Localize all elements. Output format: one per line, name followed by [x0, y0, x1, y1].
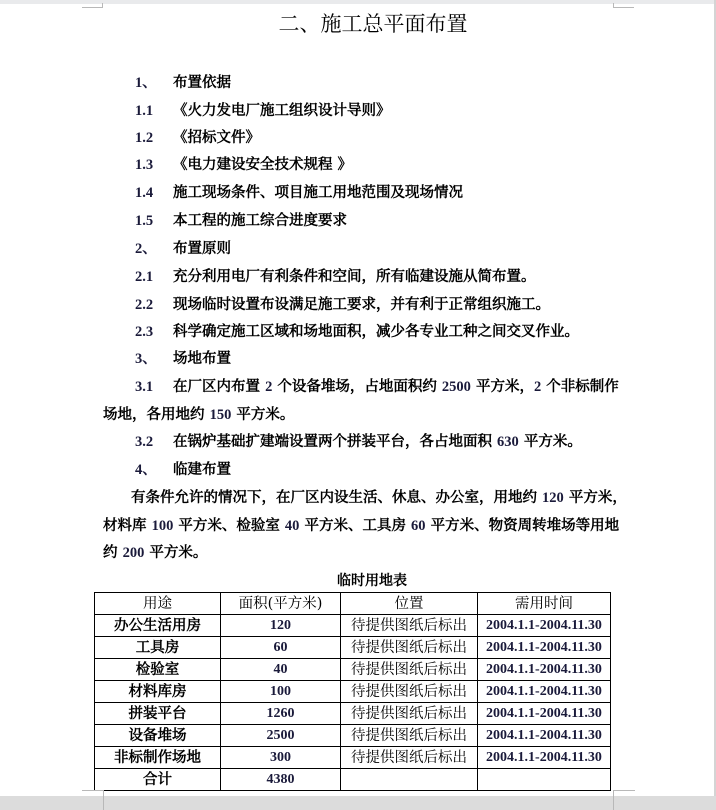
text-run: 平方米、物资周转堆场等用地 [426, 517, 620, 534]
cell-period: 2004.1.1-2004.11.30 [478, 615, 611, 637]
section-number: 1.1 [135, 101, 173, 121]
text-run: 平方米， [564, 489, 627, 506]
text-run: 平方米， [471, 378, 534, 395]
section-text: 施工现场条件、项目施工用地范围及现场情况 [173, 184, 463, 201]
number-value: 2500 [442, 379, 471, 395]
table-caption: 临时用地表 [94, 570, 610, 590]
section-number: 1.5 [135, 211, 173, 231]
list-item-2-3: 2.3科学确定施工区域和场地面积，减少各专业工种之间交叉作业。 [135, 322, 579, 342]
text-run: 平方米。 [231, 406, 294, 423]
section-1-heading: 1、布置依据 [135, 73, 231, 93]
number-value: 630 [497, 434, 519, 450]
section-2-heading: 2、布置原则 [135, 239, 231, 259]
page-gap-strip [0, 796, 716, 810]
header-location: 位置 [341, 593, 478, 615]
header-purpose: 用途 [95, 593, 221, 615]
cell-location: 待提供图纸后标出 [341, 659, 478, 681]
list-item-2-1: 2.1充分利用电厂有利条件和空间，所有临建设施从简布置。 [135, 267, 536, 287]
section-text: 科学确定施工区域和场地面积，减少各专业工种之间交叉作业。 [173, 323, 579, 340]
section-text: 《招标文件》 [173, 129, 260, 146]
cell-empty [341, 769, 478, 791]
section-text: 充分利用电厂有利条件和空间，所有临建设施从简布置。 [173, 268, 536, 285]
paragraph-4-line-3: 约 200 平方米。 [103, 543, 207, 563]
table-total-row: 合计 4380 [95, 769, 611, 791]
paragraph-4-line-1: 有条件允许的情况下，在厂区内设生活、休息、办公室，用地约 120 平方米， [131, 488, 627, 508]
cell-period: 2004.1.1-2004.11.30 [478, 747, 611, 769]
list-item-1-4: 1.4施工现场条件、项目施工用地范围及现场情况 [135, 183, 463, 203]
cell-purpose: 材料库房 [95, 681, 221, 703]
section-number: 1.4 [135, 183, 173, 203]
cell-total-area: 4380 [221, 769, 341, 791]
land-use-table: 用途 面积(平方米) 位置 需用时间 办公生活用房 120 待提供图纸后标出 2… [94, 592, 611, 791]
section-text: 布置原则 [173, 240, 231, 257]
cell-purpose: 工具房 [95, 637, 221, 659]
cell-location: 待提供图纸后标出 [341, 615, 478, 637]
cell-area: 40 [221, 659, 341, 681]
cell-area: 120 [221, 615, 341, 637]
section-number: 3、 [135, 349, 173, 369]
cell-period: 2004.1.1-2004.11.30 [478, 703, 611, 725]
margin-mark-bottom-left [82, 790, 104, 810]
section-number: 2.3 [135, 322, 173, 342]
paragraph-3-1-line-2: 场地，各用地约 150 平方米。 [103, 405, 294, 425]
page-title: 二、施工总平面布置 [0, 8, 716, 38]
table-row: 办公生活用房 120 待提供图纸后标出 2004.1.1-2004.11.30 [95, 615, 611, 637]
cell-location: 待提供图纸后标出 [341, 747, 478, 769]
table-header-row: 用途 面积(平方米) 位置 需用时间 [95, 593, 611, 615]
section-number: 2.2 [135, 295, 173, 315]
section-number: 3.1 [135, 377, 173, 397]
margin-mark-bottom-right [613, 790, 635, 810]
section-number: 1.2 [135, 128, 173, 148]
cell-area: 60 [221, 637, 341, 659]
section-3-heading: 3、场地布置 [135, 349, 231, 369]
table-row: 材料库房 100 待提供图纸后标出 2004.1.1-2004.11.30 [95, 681, 611, 703]
table-row: 设备堆场 2500 待提供图纸后标出 2004.1.1-2004.11.30 [95, 725, 611, 747]
cell-location: 待提供图纸后标出 [341, 637, 478, 659]
table-row: 工具房 60 待提供图纸后标出 2004.1.1-2004.11.30 [95, 637, 611, 659]
cell-location: 待提供图纸后标出 [341, 725, 478, 747]
section-text: 《火力发电厂施工组织设计导则》 [173, 102, 391, 119]
section-number: 4、 [135, 460, 173, 480]
cell-purpose: 非标制作场地 [95, 747, 221, 769]
cell-location: 待提供图纸后标出 [341, 703, 478, 725]
list-item-1-1: 1.1《火力发电厂施工组织设计导则》 [135, 101, 391, 121]
cell-purpose: 设备堆场 [95, 725, 221, 747]
cell-period: 2004.1.1-2004.11.30 [478, 725, 611, 747]
list-item-1-5: 1.5本工程的施工综合进度要求 [135, 211, 347, 231]
table-row: 非标制作场地 300 待提供图纸后标出 2004.1.1-2004.11.30 [95, 747, 611, 769]
cell-purpose: 拼装平台 [95, 703, 221, 725]
section-text: 场地布置 [173, 350, 231, 367]
cell-purpose: 办公生活用房 [95, 615, 221, 637]
number-value: 40 [285, 518, 300, 534]
window-top-strip [0, 0, 716, 4]
section-number: 2、 [135, 239, 173, 259]
header-area: 面积(平方米) [221, 593, 341, 615]
number-value: 100 [152, 518, 174, 534]
section-number: 1.3 [135, 155, 173, 175]
cell-period: 2004.1.1-2004.11.30 [478, 681, 611, 703]
section-text: 现场临时设置布设满足施工要求，并有利于正常组织施工。 [173, 296, 550, 313]
section-text: 本工程的施工综合进度要求 [173, 212, 347, 229]
text-run: 材料库 [103, 517, 152, 534]
cell-period: 2004.1.1-2004.11.30 [478, 659, 611, 681]
header-period: 需用时间 [478, 593, 611, 615]
table-row: 拼装平台 1260 待提供图纸后标出 2004.1.1-2004.11.30 [95, 703, 611, 725]
text-run: 平方米。 [144, 544, 207, 561]
paragraph-3-2: 3.2在锅炉基础扩建端设置两个拼装平台，各占地面积 630 平方米。 [135, 432, 582, 452]
section-text: 临建布置 [173, 461, 231, 478]
section-4-heading: 4、临建布置 [135, 460, 231, 480]
text-run: 个非标制作 [541, 378, 619, 395]
text-run: 平方米、检验室 [173, 517, 285, 534]
text-run: 平方米、工具房 [299, 517, 411, 534]
text-run: 场地，各用地约 [103, 406, 210, 423]
text-run: 个设备堆场，占地面积约 [272, 378, 442, 395]
cell-area: 2500 [221, 725, 341, 747]
paragraph-3-1-line-1: 3.1在厂区内布置 2 个设备堆场，占地面积约 2500 平方米，2 个非标制作 [135, 377, 619, 397]
table-row: 检验室 40 待提供图纸后标出 2004.1.1-2004.11.30 [95, 659, 611, 681]
cell-location: 待提供图纸后标出 [341, 681, 478, 703]
list-item-2-2: 2.2现场临时设置布设满足施工要求，并有利于正常组织施工。 [135, 295, 550, 315]
cell-purpose: 检验室 [95, 659, 221, 681]
cell-area: 100 [221, 681, 341, 703]
text-run: 有条件允许的情况下，在厂区内设生活、休息、办公室，用地约 [131, 489, 542, 506]
text-run: 平方米。 [519, 433, 582, 450]
cell-total-label: 合计 [95, 769, 221, 791]
number-value: 150 [210, 407, 232, 423]
section-number: 2.1 [135, 267, 173, 287]
cell-period: 2004.1.1-2004.11.30 [478, 637, 611, 659]
cell-area: 300 [221, 747, 341, 769]
number-value: 120 [542, 490, 564, 506]
cell-area: 1260 [221, 703, 341, 725]
list-item-1-2: 1.2《招标文件》 [135, 128, 260, 148]
section-number: 3.2 [135, 432, 173, 452]
cell-empty [478, 769, 611, 791]
number-value: 60 [411, 518, 426, 534]
text-run: 在厂区内布置 [173, 378, 265, 395]
section-text: 布置依据 [173, 74, 231, 91]
list-item-1-3: 1.3《电力建设安全技术规程 》 [135, 155, 352, 175]
text-run: 在锅炉基础扩建端设置两个拼装平台，各占地面积 [173, 433, 497, 450]
section-number: 1、 [135, 73, 173, 93]
section-text: 《电力建设安全技术规程 》 [173, 156, 352, 173]
paragraph-4-line-2: 材料库 100 平方米、检验室 40 平方米、工具房 60 平方米、物资周转堆场… [103, 516, 619, 536]
number-value: 200 [123, 545, 145, 561]
text-run: 约 [103, 544, 123, 561]
